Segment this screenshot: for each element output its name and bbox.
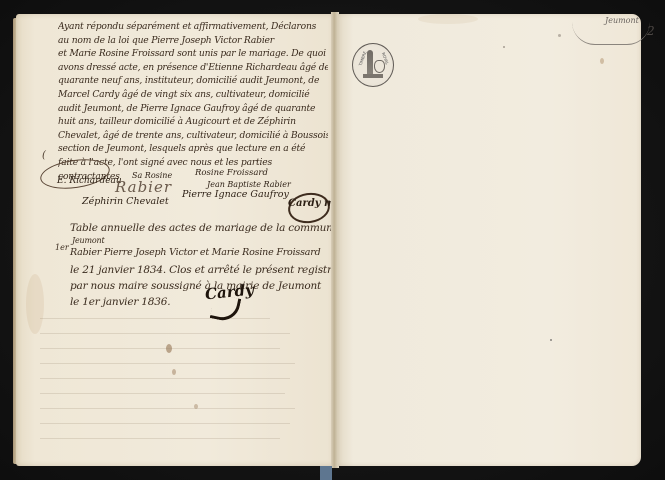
entry-number: 1er bbox=[55, 243, 69, 252]
bleed-through-line bbox=[40, 333, 290, 334]
text-line: Chevalet, âgé de trente ans, cultivateur… bbox=[58, 129, 328, 143]
bleed-through-line bbox=[40, 393, 285, 394]
text-line: au nom de la loi que Pierre Joseph Victo… bbox=[58, 34, 328, 48]
table-entry-line: Rabier Pierre Joseph Victor et Marie Ros… bbox=[70, 245, 332, 261]
text-line: section de Jeumont, lesquels après que l… bbox=[58, 142, 328, 156]
table-heading: Jeumont bbox=[72, 236, 332, 245]
text-line: et Marie Rosine Froissard sont unis par … bbox=[58, 47, 328, 61]
bleed-through-line bbox=[40, 318, 270, 319]
signature: E. Richardeau bbox=[57, 176, 122, 186]
ink-spot bbox=[172, 369, 176, 375]
paper-spot bbox=[558, 34, 561, 37]
margin-mark: ( bbox=[42, 150, 46, 161]
bleed-through-line bbox=[40, 438, 280, 439]
tax-stamp-seal: TIMBRE ROYAL bbox=[352, 43, 394, 87]
table-entry-line: le 1er janvier 1836. bbox=[70, 294, 332, 310]
bleed-through-line bbox=[40, 408, 295, 409]
table-entry-line: par nous maire soussigné à la mairie de … bbox=[70, 278, 332, 294]
text-line: Marcel Cardy âgé de vingt six ans, culti… bbox=[58, 88, 328, 102]
text-line: audit Jeumont, de Pierre Ignace Gaufroy … bbox=[58, 102, 328, 116]
text-line: huit ans, tailleur domicilié à Augicourt… bbox=[58, 115, 328, 129]
signature: Pierre Ignace Gaufroy bbox=[182, 189, 289, 200]
seal-figure-icon bbox=[367, 50, 373, 76]
ribbon-tab bbox=[320, 466, 332, 480]
table-entry-line: le 21 janvier 1834. Clos et arrêté le pr… bbox=[70, 262, 332, 278]
table-heading: Table annuelle des actes de mariage de l… bbox=[70, 220, 332, 236]
signature: Zéphirin Chevalet bbox=[82, 196, 169, 207]
annual-table-text: Table annuelle des actes de mariage de l… bbox=[70, 220, 332, 310]
bleed-through-line bbox=[40, 348, 280, 349]
text-line: avons dressé acte, en présence d'Etienne… bbox=[58, 61, 328, 75]
signature: Rabier bbox=[115, 178, 172, 196]
folio-number: 2 bbox=[647, 24, 655, 38]
text-line: quarante neuf ans, instituteur, domicili… bbox=[58, 74, 328, 88]
signature: Rosine Froissard bbox=[195, 168, 268, 178]
paper-stain bbox=[26, 274, 44, 334]
paper-stain bbox=[600, 58, 604, 64]
bleed-through-line bbox=[40, 363, 295, 364]
folio-flourish bbox=[572, 22, 650, 45]
signature: Jean Baptiste Rabier bbox=[207, 180, 291, 189]
paper-stain bbox=[418, 14, 478, 24]
seal-pedestal-icon bbox=[363, 74, 383, 78]
text-line: Ayant répondu séparément et affirmativem… bbox=[58, 20, 328, 34]
marriage-act-text: Ayant répondu séparément et affirmativem… bbox=[58, 20, 328, 183]
paper-spot bbox=[503, 46, 505, 48]
bleed-through-line bbox=[40, 423, 290, 424]
paper-spot bbox=[550, 339, 552, 341]
bleed-through-line bbox=[40, 378, 290, 379]
